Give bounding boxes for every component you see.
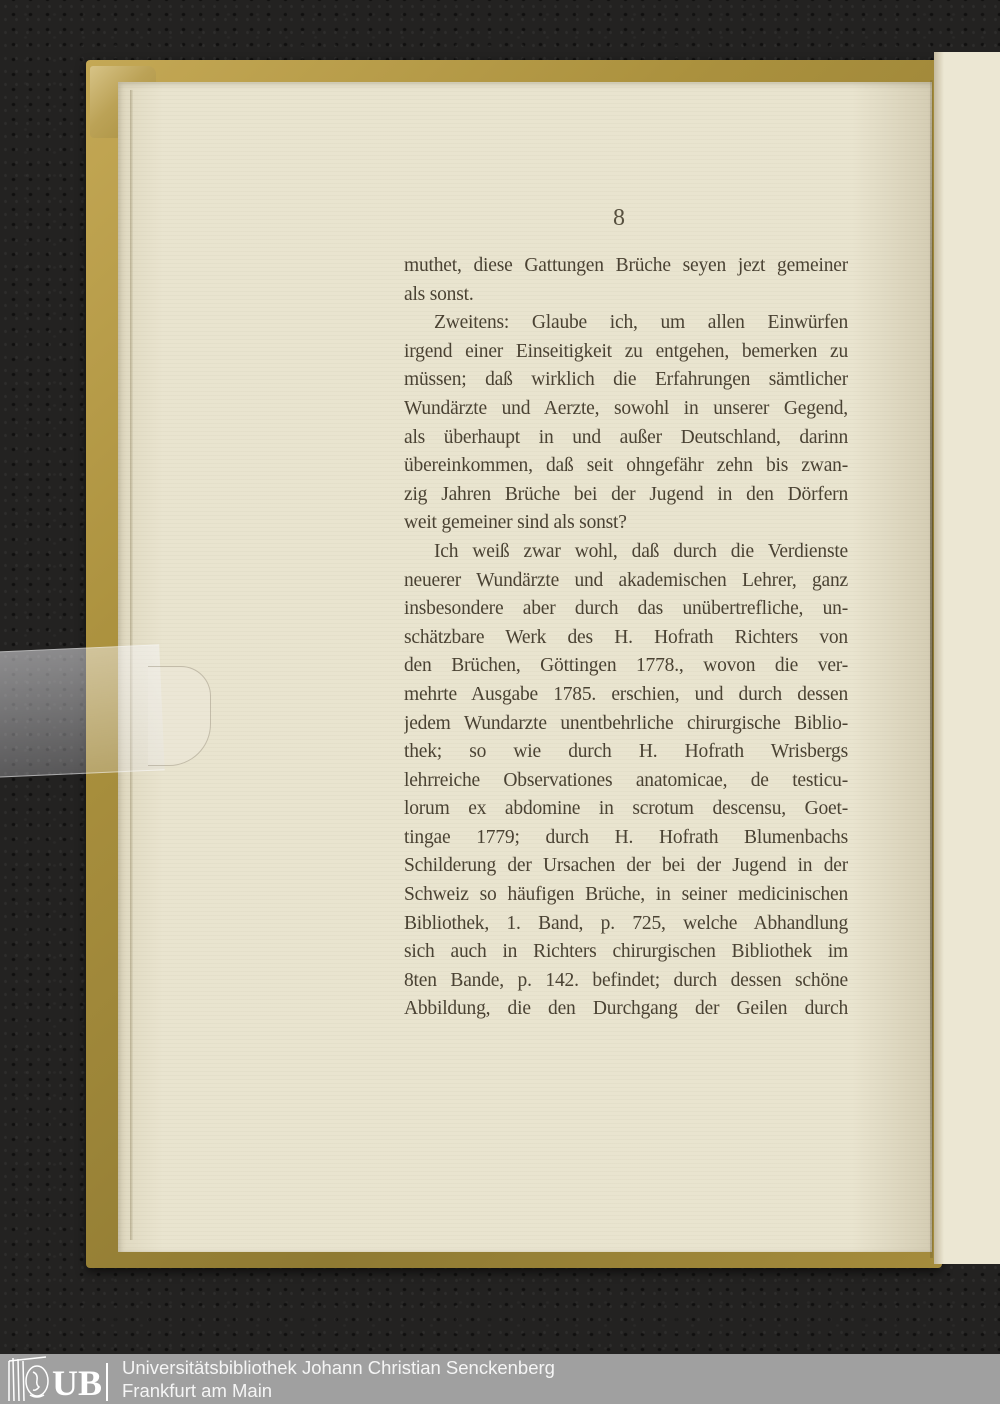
page-text-block: muthet, diese Gattungen Brüche seyen jez… bbox=[404, 252, 848, 1024]
page-number: 8 bbox=[404, 205, 834, 232]
library-location: Frankfurt am Main bbox=[122, 1380, 555, 1403]
ub-goethe-logo-icon: UB bbox=[6, 1355, 112, 1403]
text-line: Ich weiß zwar wohl, daß durch die Verdie… bbox=[404, 538, 848, 567]
text-line: mehrte Ausgabe 1785. erschien, und durch… bbox=[404, 681, 848, 710]
logo-letters: UB bbox=[52, 1363, 102, 1403]
library-footer-bar: UB Universitätsbibliothek Johann Christi… bbox=[0, 1354, 1000, 1404]
text-line: als sonst. bbox=[404, 281, 848, 310]
text-line: Wundärzte und Aerzte, sowohl in unserer … bbox=[404, 395, 848, 424]
text-line: neuerer Wundärzte und akademischen Lehre… bbox=[404, 567, 848, 596]
text-line: Bibliothek, 1. Band, p. 725, welche Abha… bbox=[404, 910, 848, 939]
text-line: Abbildung, die den Durchgang der Geilen … bbox=[404, 995, 848, 1024]
text-line: 8ten Bande, p. 142. befindet; durch dess… bbox=[404, 967, 848, 996]
library-identity: Universitätsbibliothek Johann Christian … bbox=[122, 1357, 555, 1402]
text-line: thek; so wie durch H. Hofrath Wrisbergs bbox=[404, 738, 848, 767]
text-line: übereinkommen, daß seit ohngefähr zehn b… bbox=[404, 452, 848, 481]
text-line: lehrreiche Observationes anatomicae, de … bbox=[404, 767, 848, 796]
text-line: schätzbare Werk des H. Hofrath Richters … bbox=[404, 624, 848, 653]
text-line: Zweitens: Glaube ich, um allen Einwürfen bbox=[404, 309, 848, 338]
gutter-crease bbox=[930, 80, 933, 1258]
text-line: Schweiz so häufigen Brüche, in seiner me… bbox=[404, 881, 848, 910]
text-line: jedem Wundarzte unentbehrliche chirurgis… bbox=[404, 710, 848, 739]
leather-cover-background: dentutimeddevsteselauunmBf1vdf7rGD 8 mut… bbox=[0, 0, 1000, 1404]
text-line: insbesondere aber durch das unübertrefli… bbox=[404, 595, 848, 624]
text-line: zig Jahren Brüche bei der Jugend in den … bbox=[404, 481, 848, 510]
text-line: tingae 1779; durch H. Hofrath Blumenbach… bbox=[404, 824, 848, 853]
text-line: den Brüchen, Göttingen 1778., wovon die … bbox=[404, 652, 848, 681]
text-line: lorum ex abdomine in scrotum descensu, G… bbox=[404, 795, 848, 824]
text-line: weit gemeiner sind als sonst? bbox=[404, 509, 848, 538]
text-line: irgend einer Einseitigkeit zu entgehen, … bbox=[404, 338, 848, 367]
text-line: sich auch in Richters chirurgischen Bibl… bbox=[404, 938, 848, 967]
plastic-holding-strip bbox=[0, 644, 165, 777]
library-name: Universitätsbibliothek Johann Christian … bbox=[122, 1357, 555, 1380]
text-line: Schilderung der Ursachen der bei der Jug… bbox=[404, 852, 848, 881]
text-line: muthet, diese Gattungen Brüche seyen jez… bbox=[404, 252, 848, 281]
text-line: müssen; daß wirklich die Erfahrungen säm… bbox=[404, 366, 848, 395]
facing-page-edge: dentutimeddevsteselauunmBf1vdf7rGD bbox=[934, 52, 1000, 1264]
text-line: als überhaupt in und außer Deutschland, … bbox=[404, 424, 848, 453]
